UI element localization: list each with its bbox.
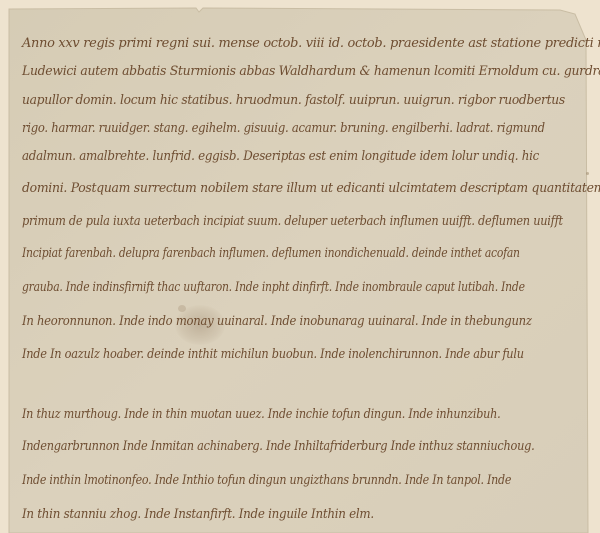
text-line-8: Incipiat farenbah. delupra farenbach inf… [22, 247, 520, 261]
text-line-13: Indengarbrunnon Inde Inmitan achinaberg.… [22, 440, 534, 454]
text-line-7: primum de pula iuxta ueterbach incipiat … [22, 215, 563, 229]
text-line-9: grauba. Inde indinsfirnift thac uuftaron… [22, 281, 525, 295]
text-line-5: adalmun. amalbrehte. lunfrid. eggisb. De… [22, 150, 539, 164]
text-line-10: In heoronnunon. Inde indo monay uuinaral… [22, 315, 532, 329]
text-line-2: Ludewici autem abbatis Sturmionis abbas … [22, 65, 600, 79]
text-line-1: Anno xxv regis primi regni sui. mense oc… [22, 37, 600, 51]
text-line-11: Inde In oazulz hoaber. deinde inthit mic… [22, 348, 524, 362]
text-line-4: rigo. harmar. ruuidger. stang. egihelm. … [22, 122, 545, 136]
text-line-14: Inde inthin lmotinonfeo. Inde Inthio tof… [22, 474, 511, 488]
manuscript-page: Anno xxv regis primi regni sui. mense oc… [0, 0, 600, 533]
speck [586, 172, 589, 175]
text-line-3: uapullor domin. locum hic statibus. hruo… [22, 94, 565, 108]
ink-spot [178, 305, 186, 312]
text-line-15: In thin stanniu zhog. Inde Instanfirft. … [22, 508, 374, 522]
text-line-12: In thuz murthoug. Inde in thin muotan uu… [22, 408, 500, 422]
text-line-6: domini. Postquam surrectum nobilem stare… [22, 182, 600, 196]
